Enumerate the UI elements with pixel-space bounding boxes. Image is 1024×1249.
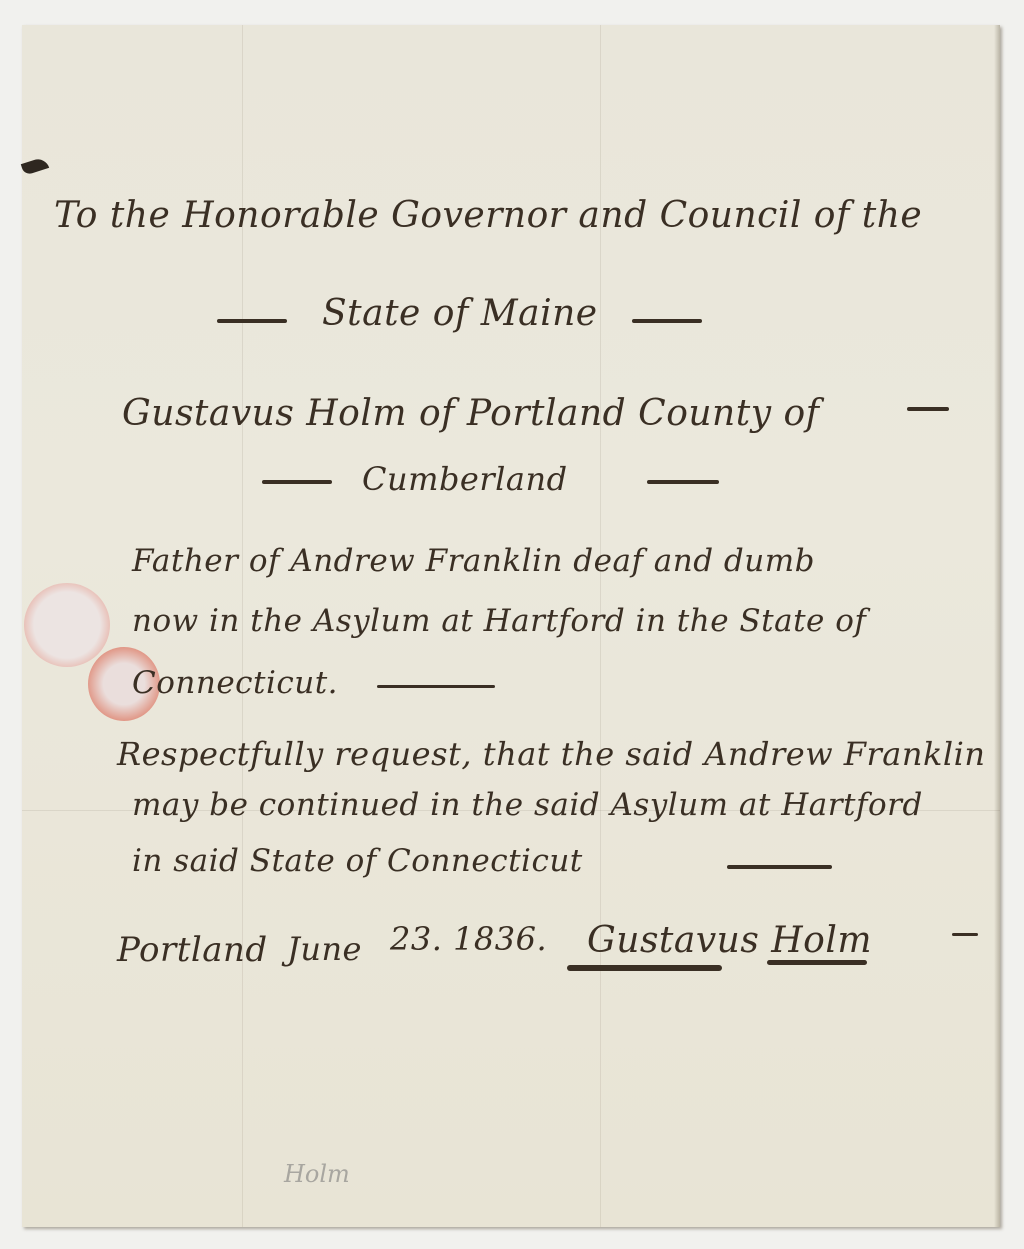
closing-month: June — [287, 930, 362, 968]
closing-date: 23. 1836. — [390, 920, 547, 958]
signature-underline — [767, 960, 867, 965]
flourish-dash — [647, 480, 719, 484]
body-line: may be continued in the said Asylum at H… — [132, 787, 923, 823]
county-line: Cumberland — [362, 460, 568, 498]
flourish-dash — [727, 865, 832, 869]
flourish-dash — [952, 933, 978, 936]
signature-underline — [567, 965, 722, 971]
state-line: State of Maine — [322, 293, 598, 334]
salutation-line: To the Honorable Governor and Council of… — [54, 195, 922, 236]
body-line: in said State of Connecticut — [132, 843, 583, 879]
petitioner-line: Gustavus Holm of Portland County of — [122, 393, 820, 434]
pencil-annotation: Holm — [284, 1160, 350, 1188]
flourish-dash — [262, 480, 332, 484]
request-line: Respectfully request, that the said Andr… — [117, 735, 985, 773]
flourish-dash — [217, 319, 287, 323]
flourish-dash — [377, 685, 495, 688]
body-line: Connecticut. — [132, 665, 338, 701]
document-page: To the Honorable Governor and Council of… — [22, 25, 1000, 1227]
flourish-dash — [907, 407, 949, 411]
ink-blot — [21, 156, 49, 175]
flourish-dash — [632, 319, 702, 323]
signature: Gustavus Holm — [587, 920, 872, 961]
closing-place: Portland — [117, 930, 268, 970]
body-line: now in the Asylum at Hartford in the Sta… — [132, 603, 866, 639]
body-line: Father of Andrew Franklin deaf and dumb — [132, 543, 815, 579]
wax-seal-remnant — [24, 583, 110, 667]
